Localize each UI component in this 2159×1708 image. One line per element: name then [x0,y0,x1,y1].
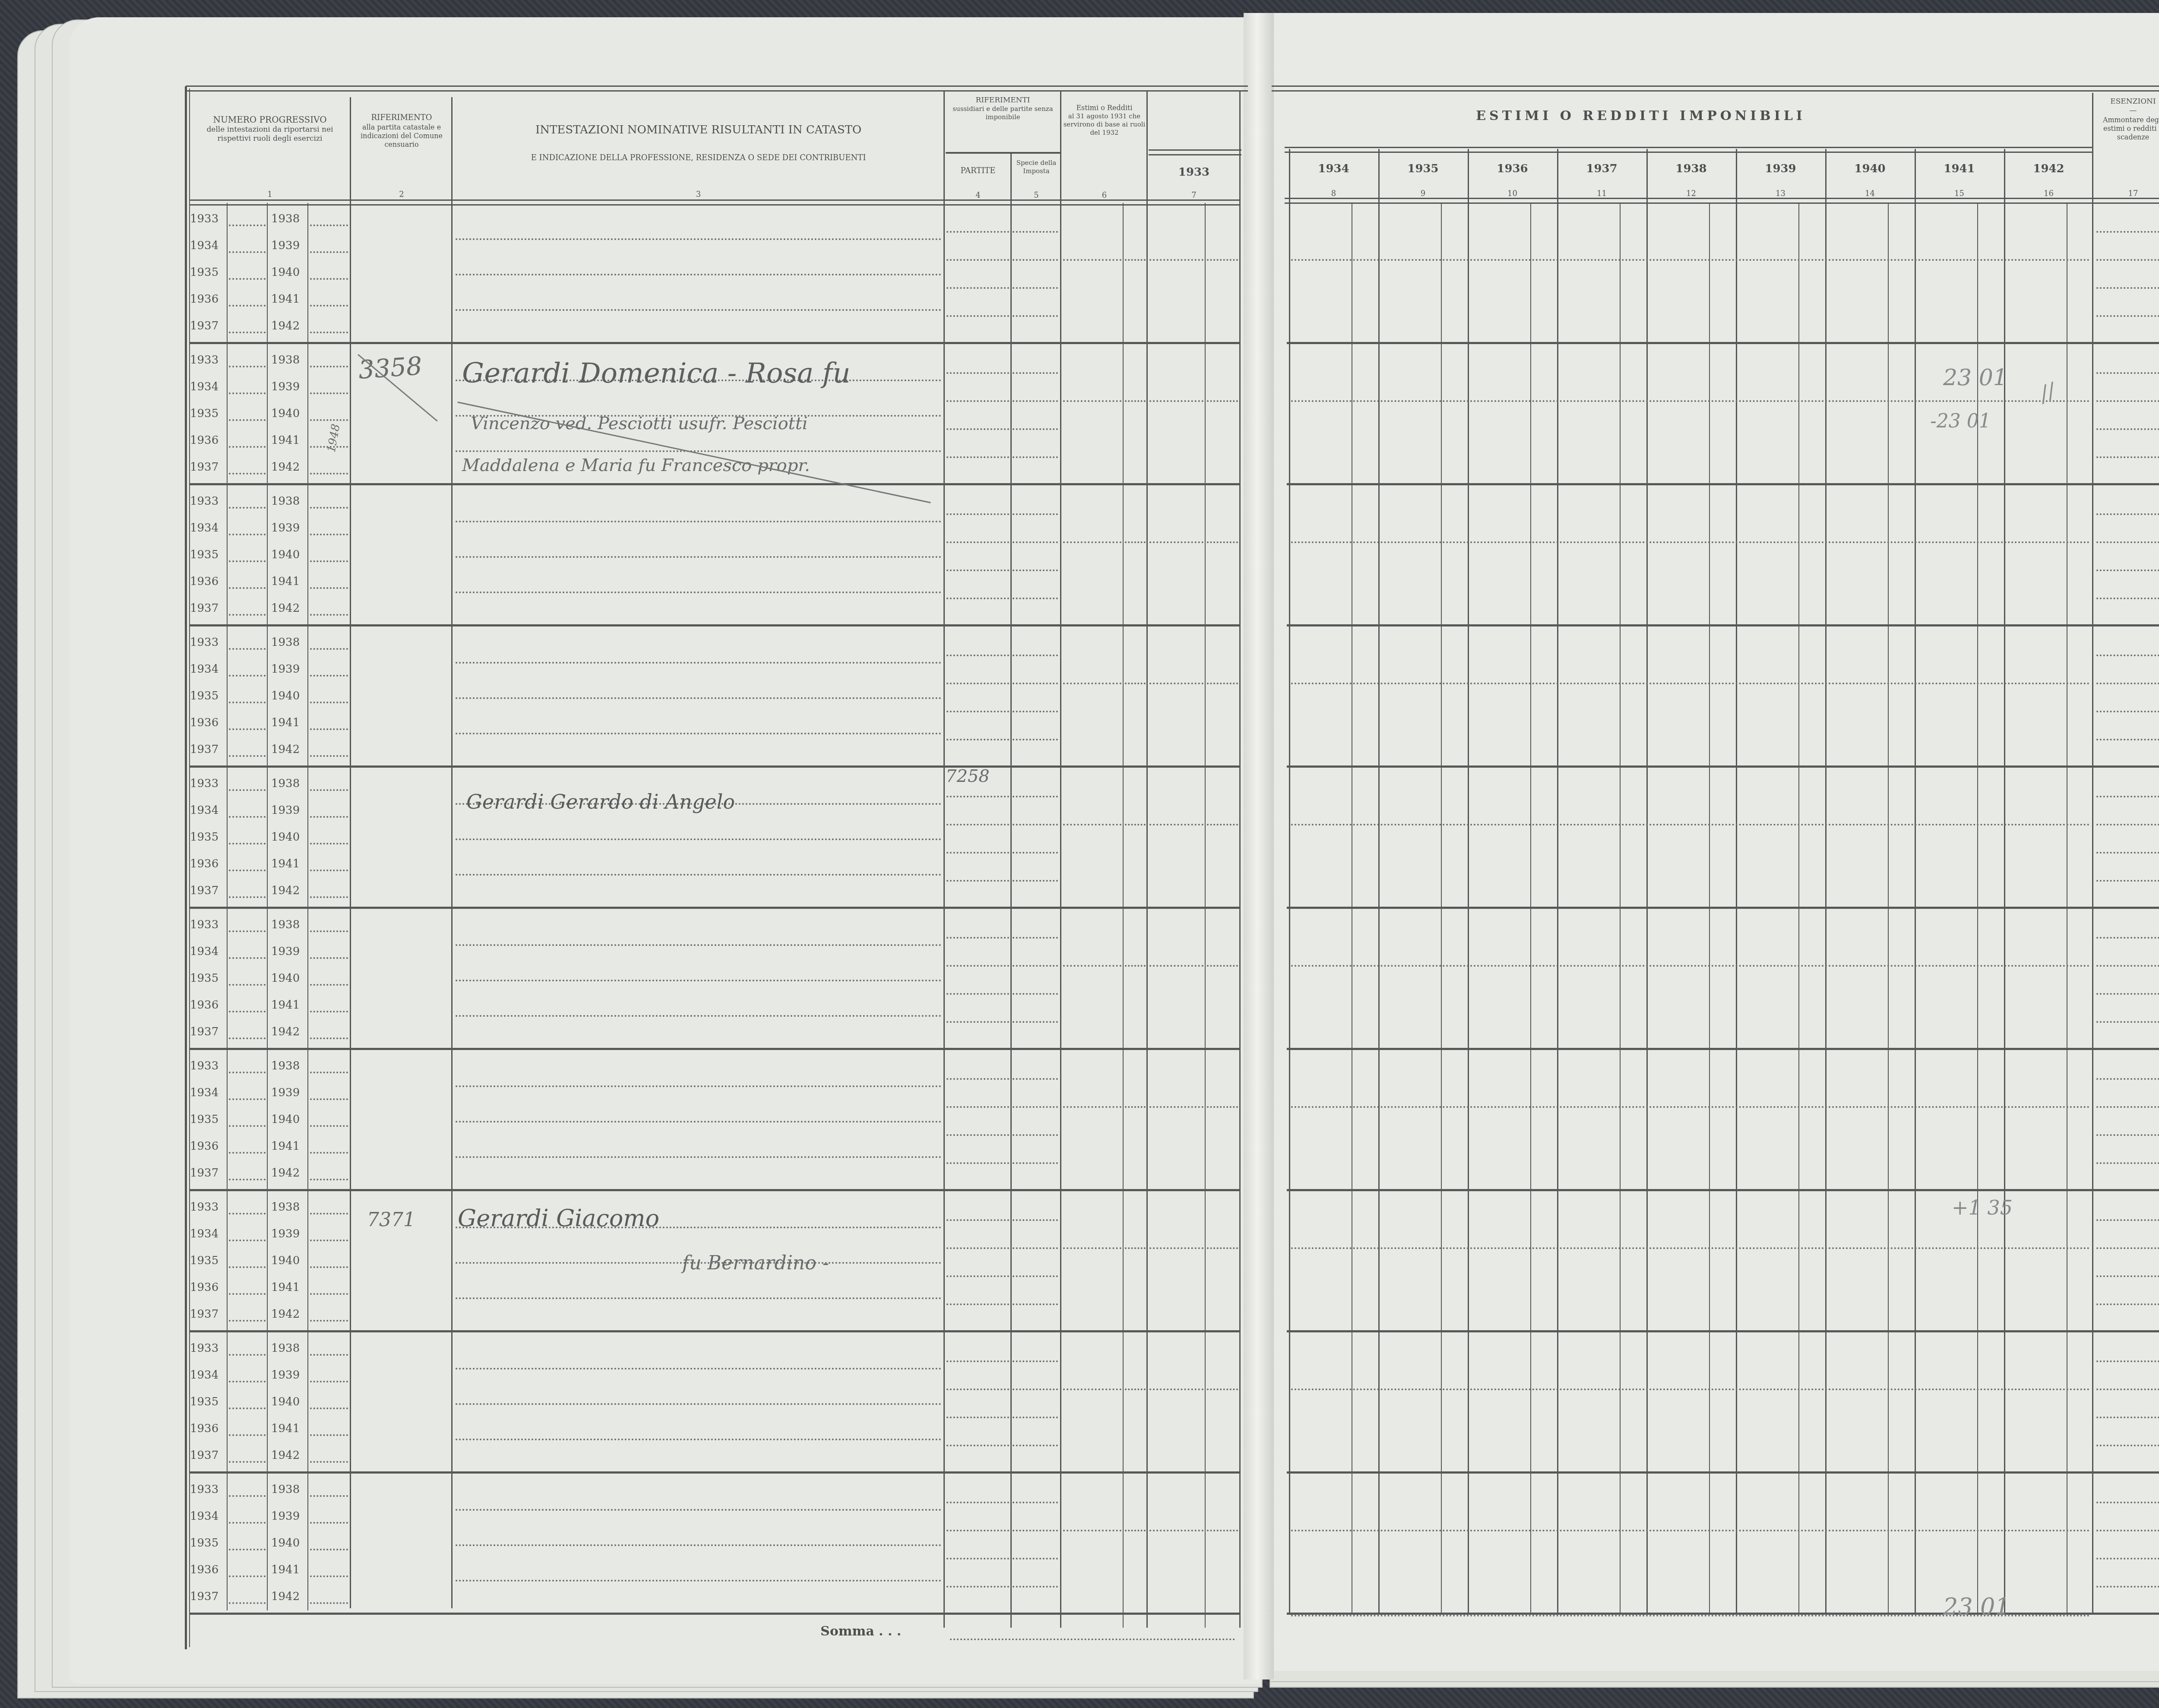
exemption-line[interactable] [2096,1275,2159,1277]
column-number: 15 [1915,189,2004,198]
exemption-line[interactable] [2096,1134,2159,1136]
block-separator [1287,1048,2159,1050]
exemption-line[interactable] [2096,824,2159,826]
column-number: 16 [2004,189,2093,198]
column-divider [1646,149,1648,1613]
exemption-line[interactable] [2096,428,2159,430]
block-separator [1287,342,2159,344]
column-number: 11 [1557,189,1646,198]
exemption-line[interactable] [2096,1502,2159,1503]
exemption-line[interactable] [2096,541,2159,543]
exemption-line[interactable] [2096,683,2159,684]
exemption-line[interactable] [2096,1530,2159,1531]
exemption-line[interactable] [2096,1021,2159,1023]
exemption-line[interactable] [2096,400,2159,402]
column-number: 9 [1378,189,1468,198]
somma-1941-value: 23 01 [1943,1593,2010,1620]
value-line[interactable] [1291,683,2090,684]
exemption-line[interactable] [2096,1162,2159,1164]
column-divider [1557,149,1558,1613]
exemption-line[interactable] [2096,287,2159,289]
exemption-line[interactable] [2096,852,2159,854]
column-number: 12 [1646,189,1736,198]
column-divider [1378,149,1380,1613]
block-separator [1287,624,2159,626]
block-separator [1287,765,2159,768]
column-number: 8 [1289,189,1378,198]
year-column-1941: 1941 [1915,162,2004,176]
col17-title: ESENZIONI [2094,97,2159,106]
exemption-line[interactable] [2096,739,2159,740]
exemption-line[interactable] [2096,598,2159,599]
value-line[interactable] [1291,1530,2090,1531]
exemption-line[interactable] [2096,315,2159,317]
col17-subtitle: Ammontare degli estimi o redditi e scade… [2094,116,2159,142]
value-line[interactable] [1291,541,2090,543]
block-separator [1287,1189,2159,1191]
exemption-line[interactable] [2096,965,2159,967]
value-line[interactable] [1291,1247,2090,1249]
value-line[interactable] [1291,965,2090,967]
value-line[interactable] [1291,259,2090,261]
exemption-line[interactable] [2096,259,2159,261]
form-title: Mod. 111 - Imposte Dirette (Intercalare)… [2124,55,2159,65]
column-divider [1289,149,1290,1613]
column-divider [1825,149,1827,1613]
exemption-line[interactable] [2096,1247,2159,1249]
col17-dash: — [2094,106,2159,115]
exemption-line[interactable] [2096,711,2159,712]
year-column-1936: 1936 [1468,162,1557,176]
year-column-1942: 1942 [2004,162,2093,176]
exemption-line[interactable] [2096,993,2159,995]
column-number: 13 [1736,189,1825,198]
exemption-line[interactable] [2096,1586,2159,1588]
block-separator [1287,907,2159,909]
column-number: 10 [1468,189,1557,198]
exemption-line[interactable] [2096,1445,2159,1446]
column-divider [1915,149,1916,1613]
exemption-line[interactable] [2096,569,2159,571]
entry-2-1941-value: 23 01 [1943,365,2007,391]
exemption-line[interactable] [2096,513,2159,515]
column-divider [1468,149,1469,1613]
year-column-1938: 1938 [1646,162,1736,176]
exemption-line[interactable] [2096,372,2159,374]
block-separator [1287,483,2159,485]
year-column-1937: 1937 [1557,162,1646,176]
exemption-line[interactable] [2096,796,2159,797]
estimi-group-title: ESTIMI O REDDITI IMPONIBILI [1425,108,1857,124]
value-line[interactable] [1291,824,2090,826]
year-column-1935: 1935 [1378,162,1468,176]
value-line[interactable] [1291,1389,2090,1390]
year-column-1940: 1940 [1825,162,1915,176]
exemption-line[interactable] [2096,1417,2159,1418]
column-number: 14 [1825,189,1915,198]
col17-number: 17 [2094,189,2159,198]
exemption-line[interactable] [2096,1558,2159,1559]
value-line[interactable] [1291,1106,2090,1108]
column-divider [1736,149,1737,1613]
exemption-line[interactable] [2096,1219,2159,1221]
right-register-table: Mod. 111 - Imposte Dirette (Intercalare)… [0,0,2159,1708]
exemption-line[interactable] [2096,456,2159,458]
exemption-line[interactable] [2096,231,2159,233]
block-separator [1287,1471,2159,1474]
exemption-line[interactable] [2096,1106,2159,1108]
value-line[interactable] [1291,400,2090,402]
exemption-line[interactable] [2096,880,2159,882]
col17-header: ESENZIONI — Ammontare degli estimi o red… [2094,97,2159,142]
year-column-1939: 1939 [1736,162,1825,176]
exemption-line[interactable] [2096,937,2159,939]
entry-8-1941-value: +1 35 [1952,1196,2013,1219]
year-column-1934: 1934 [1289,162,1378,176]
exemption-line[interactable] [2096,1078,2159,1080]
exemption-line[interactable] [2096,1360,2159,1362]
exemption-line[interactable] [2096,1389,2159,1390]
block-separator [1287,1330,2159,1332]
exemption-line[interactable] [2096,1303,2159,1305]
entry-2-1941-correction: -23 01 [1930,410,1991,432]
exemption-line[interactable] [2096,655,2159,656]
